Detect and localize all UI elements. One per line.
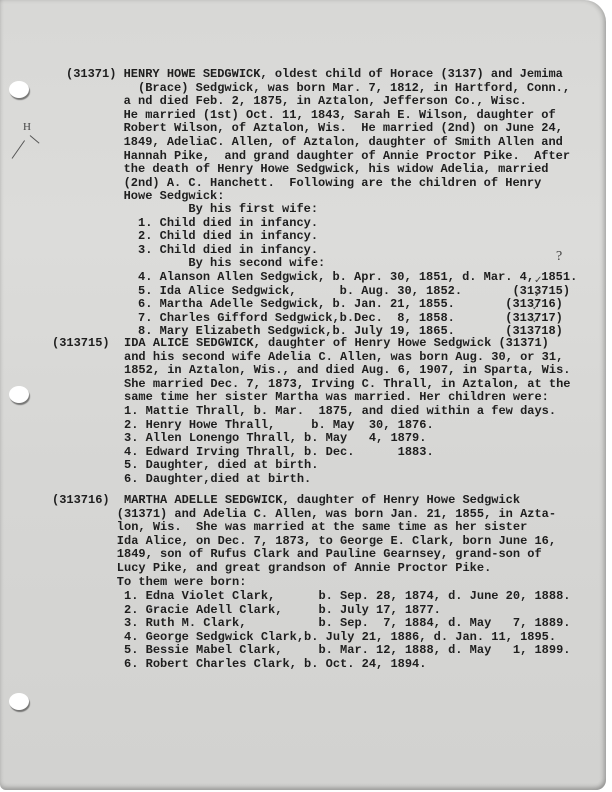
entry-martha-adelle-sedgwick: (313716) MARTHA ADELLE SEDGWICK, daughte… bbox=[52, 494, 556, 589]
binder-hole-middle bbox=[9, 386, 29, 403]
margin-note: H bbox=[23, 121, 31, 133]
entry-henry-howe-sedgwick: (31371) HENRY HOWE SEDGWICK, oldest chil… bbox=[66, 68, 570, 204]
entry-ida-alice-sedgwick: (313715) IDA ALICE SEDGWICK, daughter of… bbox=[52, 337, 570, 405]
children-list-martha-adelle-sedgwick: 1. Edna Violet Clark, b. Sep. 28, 1874, … bbox=[52, 590, 570, 672]
children-list-ida-alice-sedgwick: 1. Mattie Thrall, b. Mar. 1875, and died… bbox=[52, 405, 556, 487]
check-mark-icon: ✓ bbox=[534, 289, 542, 300]
check-mark-icon: ✓ bbox=[532, 302, 540, 313]
check-mark-icon: ✓ bbox=[532, 315, 540, 326]
check-mark-icon: ✓ bbox=[534, 275, 542, 286]
children-list-henry-howe-sedgwick: By his first wife: 1. Child died in infa… bbox=[66, 203, 577, 339]
binder-hole-bottom bbox=[9, 693, 29, 710]
binder-hole-top bbox=[9, 81, 29, 98]
pencil-question-mark: ? bbox=[556, 249, 562, 265]
